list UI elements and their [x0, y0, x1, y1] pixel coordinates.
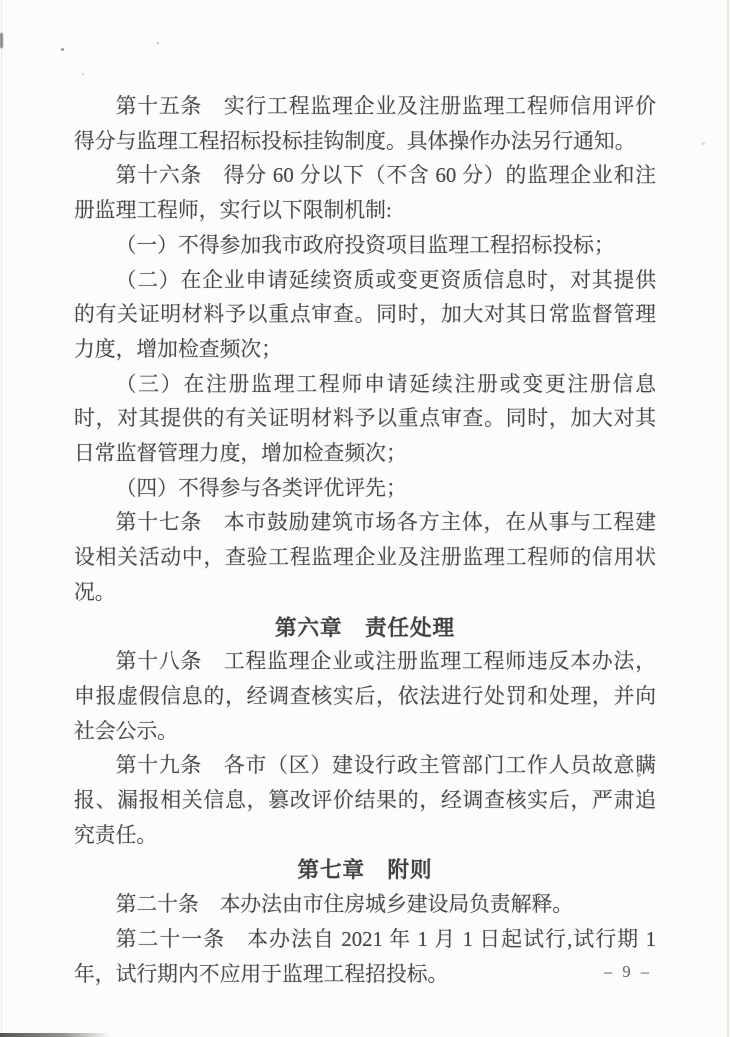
paragraph-article-15: 第十五条 实行工程监理企业及注册监理工程师信用评价得分与监理工程招标投标挂钩制度…	[74, 90, 656, 159]
paragraph-article-19: 第十九条 各市（区）建设行政主管部门工作人员故意瞒报、漏报相关信息，篡改评价结果…	[74, 749, 656, 853]
paragraph-item-3: （三）在注册监理工程师申请延续注册或变更注册信息时，对其提供的有关证明材料予以重…	[74, 368, 656, 472]
paragraph-article-16: 第十六条 得分 60 分以下（不含 60 分）的监理企业和注册监理工程师，实行以…	[74, 159, 656, 228]
scan-speck	[637, 773, 641, 777]
paragraph-item-2: （二）在企业申请延续资质或变更资质信息时，对其提供的有关证明材料予以重点审查。同…	[74, 264, 656, 368]
paragraph-article-21: 第二十一条 本办法自 2021 年 1 月 1 日起试行,试行期 1 年，试行期…	[74, 923, 656, 992]
paragraph-article-20: 第二十条 本办法由市住房城乡建设局负责解释。	[74, 888, 656, 923]
scanned-document-page: 第十五条 实行工程监理企业及注册监理工程师信用评价得分与监理工程招标投标挂钩制度…	[0, 0, 730, 1037]
scan-edge-shadow-right	[727, 0, 729, 1037]
scan-bottom-shadow	[0, 1033, 110, 1037]
scan-speck	[157, 42, 159, 44]
page-number: – 9 –	[598, 962, 658, 982]
paragraph-item-4: （四）不得参与各类评优评先；	[74, 472, 656, 507]
paragraph-article-17: 第十七条 本市鼓励建筑市场各方主体，在从事与工程建设相关活动中，查验工程监理企业…	[74, 506, 656, 610]
paragraph-article-18: 第十八条 工程监理企业或注册监理工程师违反本办法，申报虚假信息的，经调查核实后，…	[74, 645, 656, 749]
scan-speck	[61, 48, 64, 51]
document-body: 第十五条 实行工程监理企业及注册监理工程师信用评价得分与监理工程招标投标挂钩制度…	[74, 90, 656, 992]
scan-edge-mark-left	[0, 33, 3, 48]
chapter-7-heading: 第七章 附则	[74, 853, 656, 888]
chapter-6-heading: 第六章 责任处理	[74, 611, 656, 646]
scan-speck	[82, 73, 84, 75]
scan-edge-shadow-left	[1, 0, 2, 1037]
scan-speck	[702, 142, 705, 145]
paragraph-item-1: （一）不得参加我市政府投资项目监理工程招标投标；	[74, 229, 656, 264]
